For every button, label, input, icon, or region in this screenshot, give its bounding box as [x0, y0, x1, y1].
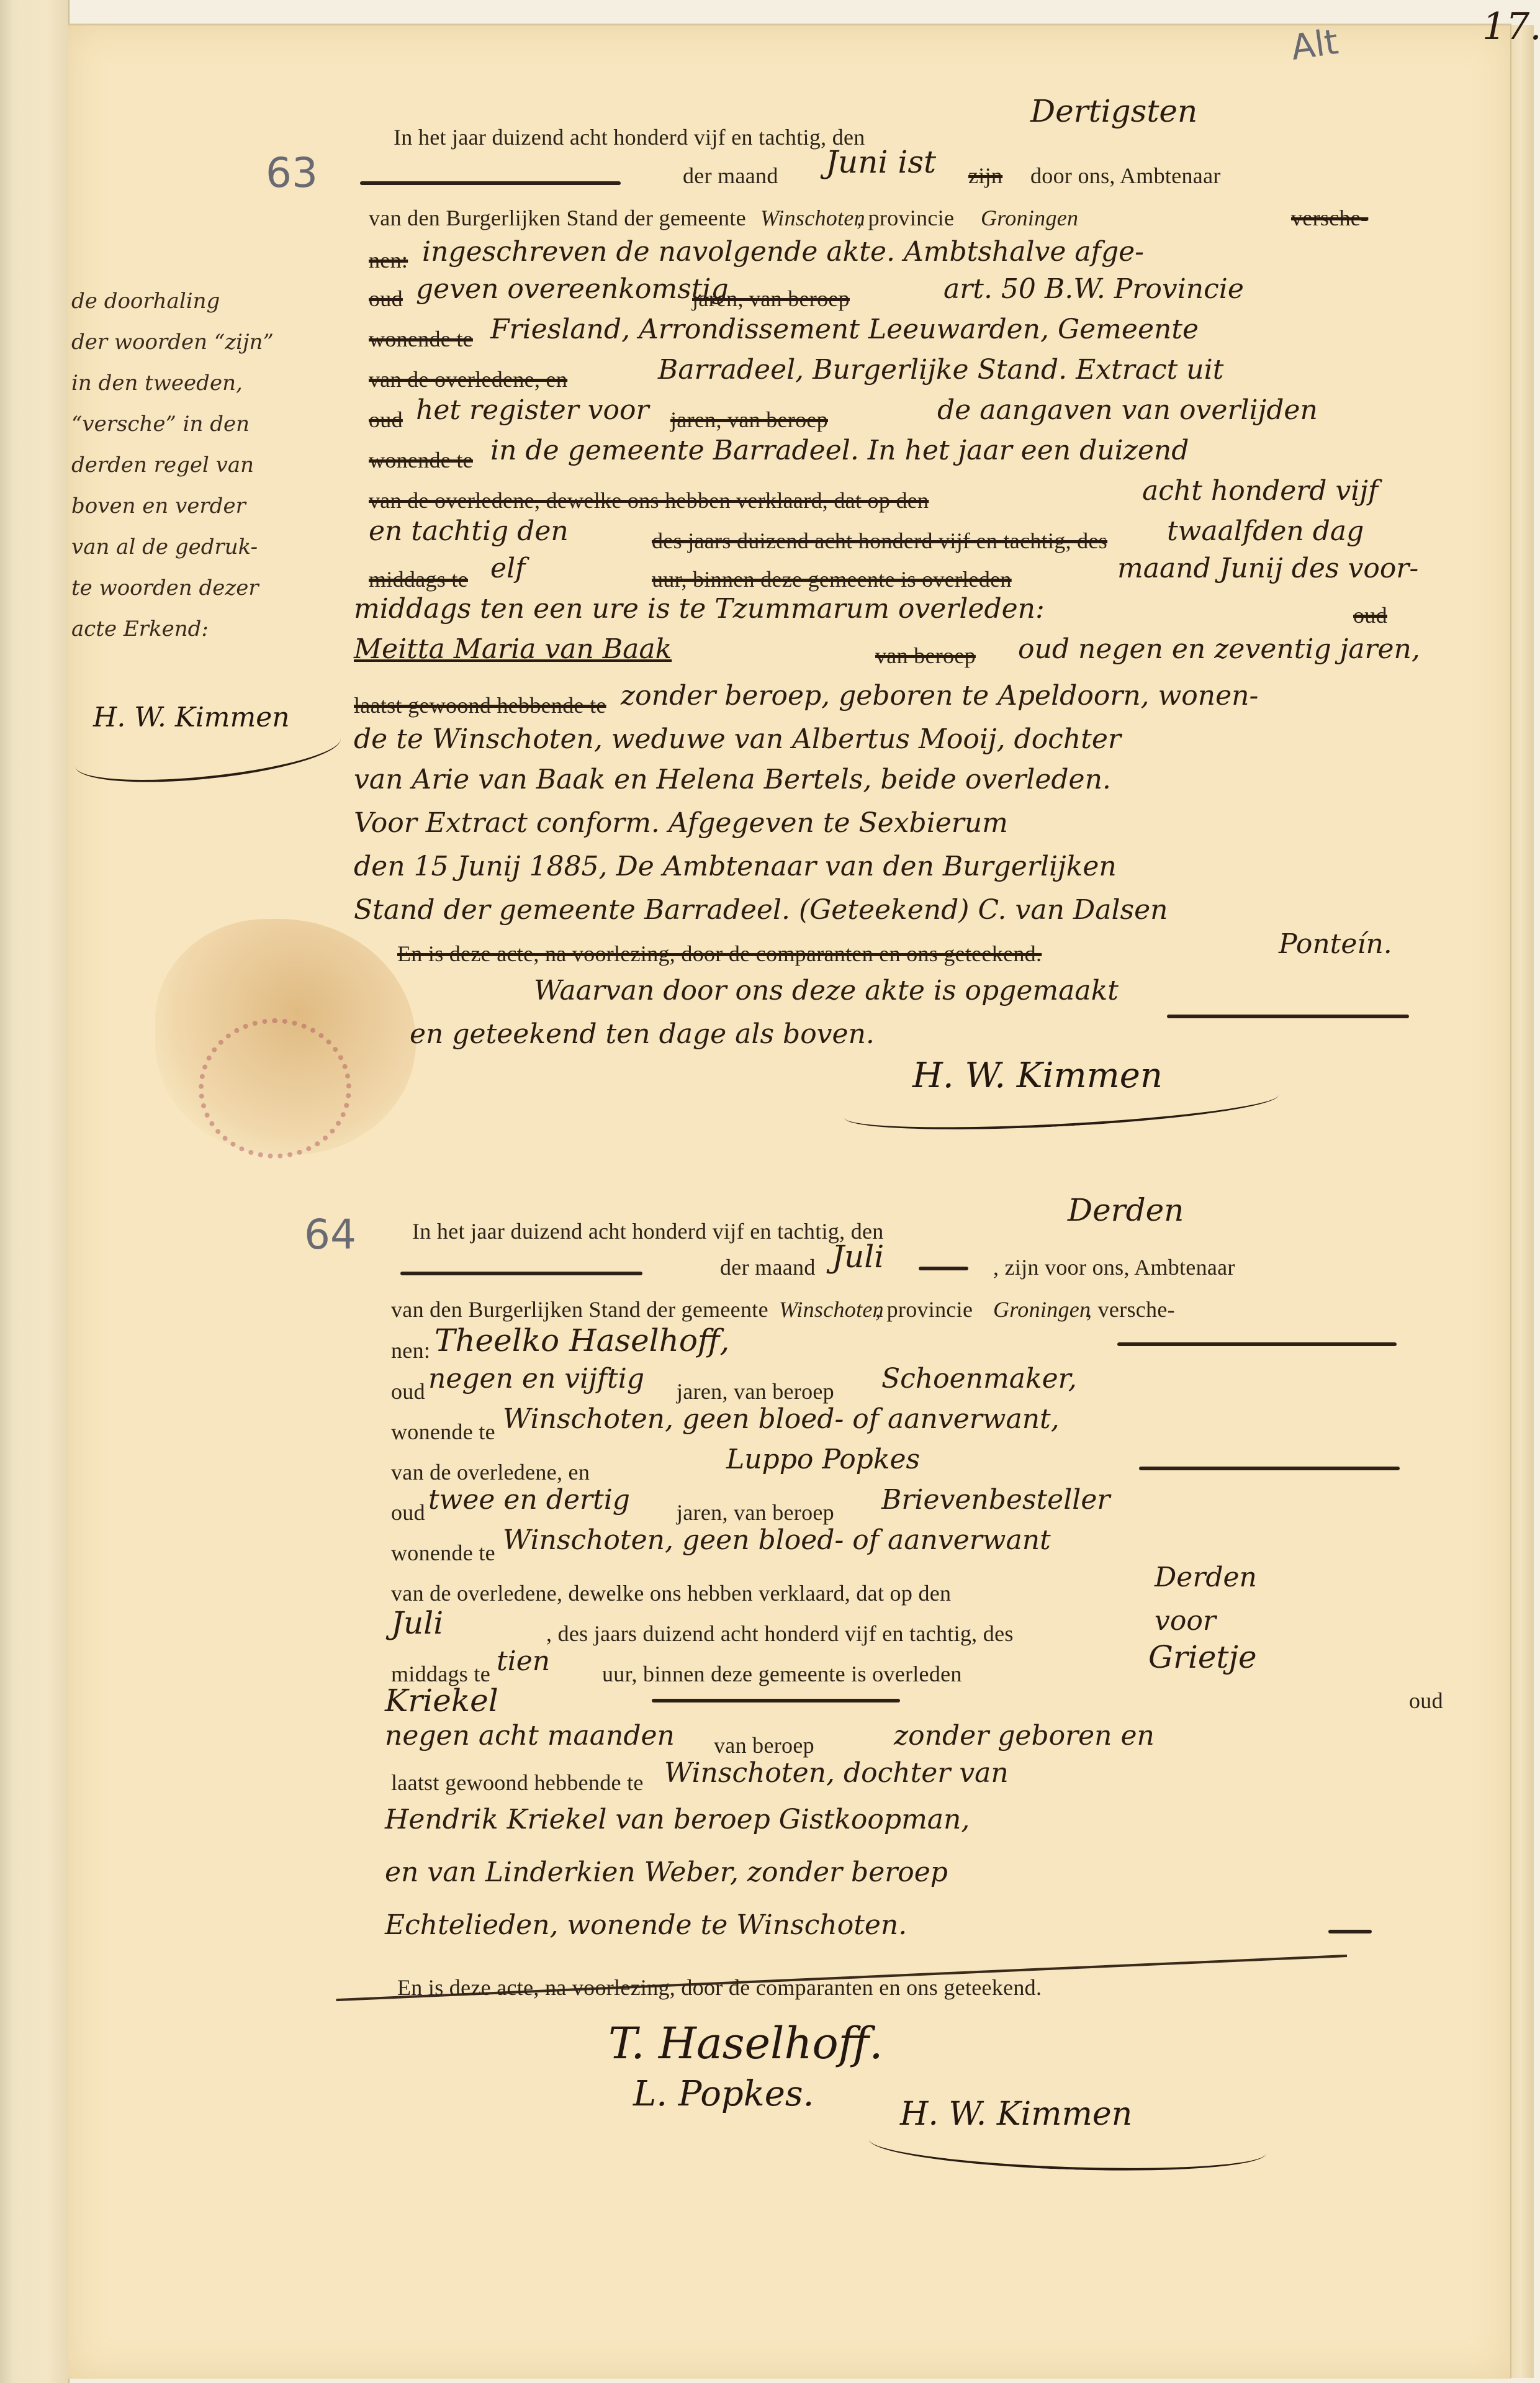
declarant-2-occupation: Brievenbesteller [881, 1484, 1110, 1516]
handwritten-text: Ponteín. [1279, 928, 1392, 960]
parents-residence: Echtelieden, wonende te Winschoten. [385, 1909, 907, 1941]
declarant-1-name: Theelko Haselhoff, [435, 1323, 729, 1359]
struck-text: van de overledene, en [369, 366, 567, 392]
printed-text: door ons, Ambtenaar [1030, 163, 1221, 189]
declarant-1-signature: T. Haselhoff. [608, 2018, 883, 2069]
deceased-age: negen acht maanden [385, 1720, 675, 1752]
handwritten-text: elf [490, 553, 525, 584]
struck-text: uur, binnen deze gemeente is overleden [652, 566, 1012, 592]
red-seal-stamp [199, 1018, 351, 1159]
handwritten-text: Waarvan door ons deze akte is opgemaakt [534, 975, 1119, 1006]
end-rule [1167, 1015, 1409, 1018]
handwritten-text: middags ten een ure is te Tzummarum over… [354, 593, 1045, 625]
handwritten-text: Barradeel, Burgerlijke Stand. Extract ui… [658, 354, 1223, 386]
declarant-2-signature: L. Popkes. [633, 2074, 814, 2114]
declarant-1-age: negen en vijftig [428, 1363, 644, 1395]
handwritten-text: acht honderd vijf [1142, 475, 1378, 507]
handwritten-text: ingeschreven de navolgende akte. Ambtsha… [422, 236, 1144, 268]
blank-rule [1117, 1342, 1397, 1346]
handwritten-text: zonder geboren en [894, 1720, 1155, 1752]
handwritten-text: voor [1155, 1605, 1216, 1637]
blank-rule [1139, 1467, 1400, 1470]
printed-text: wonende te [391, 1540, 495, 1566]
printed-text: van de overledene, dewelke ons hebben ve… [391, 1580, 951, 1606]
book-binding [0, 0, 70, 2383]
place-name: Winschoten [760, 205, 865, 231]
margin-note: de doorhaling der woorden “zijn” in den … [71, 281, 274, 649]
struck-text: jaren, van beroep [670, 407, 828, 433]
handwritten-text: van Arie van Baak en Helena Bertels, bei… [354, 764, 1111, 795]
father-info: Hendrik Kriekel van beroep Gistkoopman, [385, 1804, 970, 1835]
handwritten-text: en geteekend ten dage als boven. [410, 1018, 875, 1050]
struck-text: wonende te [369, 326, 473, 352]
page-edge [1510, 25, 1534, 2378]
printed-text: wonende te [391, 1419, 495, 1445]
handwritten-text: twaalfden dag [1167, 515, 1364, 547]
deceased-surname: Kriekel [385, 1683, 498, 1719]
declarant-2-age: twee en dertig [428, 1484, 630, 1516]
handwritten-text: Winschoten, dochter van [664, 1757, 1009, 1789]
struck-text: middags te [369, 566, 468, 592]
printed-text: van de overledene, en [391, 1459, 590, 1485]
blank-rule [400, 1272, 642, 1275]
act-number: 64 [304, 1211, 356, 1259]
handwritten-day: Derden [1068, 1192, 1184, 1228]
declarant-1-residence: Winschoten, geen bloed- of aanverwant, [503, 1403, 1060, 1435]
deceased-first-name: Grietje [1148, 1639, 1257, 1675]
printed-text: , zijn voor ons, Ambtenaar [993, 1254, 1235, 1280]
handwritten-text: maand Junij des voor- [1117, 553, 1418, 584]
handwritten-text: oud negen en zeventig jaren, [1018, 633, 1420, 665]
struck-text: versche- [1291, 205, 1368, 231]
struck-text: oud [1353, 602, 1387, 628]
struck-text: van de overledene, dewelke ons hebben ve… [369, 487, 929, 513]
province-name: Groningen [981, 205, 1078, 231]
deceased-name: Meitta Maria van Baak [354, 633, 672, 665]
printed-text: der maand [720, 1254, 816, 1280]
printed-text: oud [1409, 1688, 1443, 1714]
handwritten-month: Juli [832, 1239, 884, 1275]
handwritten-day: Dertigsten [1030, 93, 1197, 129]
printed-text: uur, binnen deze gemeente is overleden [602, 1661, 962, 1687]
folio-number: 17. [1482, 5, 1540, 48]
printed-text: van den Burgerlijken Stand der gemeente [391, 1296, 768, 1323]
printed-text: van den Burgerlijken Stand der gemeente [369, 205, 746, 231]
handwritten-text: art. 50 B.W. Provincie [943, 273, 1244, 305]
handwritten-text: de aangaven van overlijden [937, 394, 1318, 426]
place-name: Winschoten [779, 1296, 884, 1323]
printed-text: laatst gewoond hebbende te [391, 1770, 644, 1796]
handwritten-text: zonder beroep, geboren te Apeldoorn, won… [621, 680, 1258, 712]
act-number: 63 [266, 149, 318, 197]
pencil-mark: Alt [1289, 22, 1341, 68]
struck-closing-text: En is deze acte, na voorlezing, door de … [397, 941, 1042, 967]
printed-text: , provincie [857, 205, 954, 231]
handwritten-hour: tien [497, 1645, 550, 1677]
blank-rule [360, 181, 621, 185]
struck-text: oud [369, 286, 403, 312]
province-name: Groningen [993, 1296, 1091, 1323]
printed-text: nen: [391, 1337, 430, 1363]
handwritten-text: en tachtig den [369, 515, 569, 547]
struck-text: oud [369, 407, 403, 433]
printed-text: jaren, van beroep [677, 1499, 834, 1526]
declarant-1-occupation: Schoenmaker, [881, 1363, 1077, 1395]
declarant-2-name: Luppo Popkes [726, 1444, 920, 1475]
printed-text: oud [391, 1499, 425, 1526]
struck-text: wonende te [369, 447, 473, 473]
handwritten-text: den 15 Junij 1885, De Ambtenaar van den … [354, 851, 1117, 882]
closing-statement: En is deze acte, na voorlezing, door de … [397, 1974, 1042, 2001]
handwritten-month: Juli [391, 1605, 443, 1641]
handwritten-text: Stand der gemeente Barradeel. (Geteekend… [354, 894, 1168, 926]
handwritten-text: in de gemeente Barradeel. In het jaar ee… [490, 435, 1189, 466]
handwritten-day: Derden [1155, 1562, 1257, 1593]
handwritten-month: Juni ist [826, 144, 936, 180]
printed-text: In het jaar duizend acht honderd vijf en… [394, 124, 865, 150]
struck-text: laatst gewoond hebbende te [354, 692, 606, 718]
declarant-2-residence: Winschoten, geen bloed- of aanverwant [503, 1524, 1051, 1556]
handwritten-text: geven overeenkomstig [416, 273, 729, 305]
handwritten-text: het register voor [416, 394, 649, 426]
handwritten-text: de te Winschoten, weduwe van Albertus Mo… [354, 723, 1121, 755]
struck-text: jaren, van beroep [692, 286, 850, 312]
printed-text: oud [391, 1378, 425, 1404]
printed-text: jaren, van beroep [677, 1378, 834, 1404]
printed-text: , des jaars duizend acht honderd vijf en… [546, 1621, 1014, 1647]
mother-info: en van Linderkien Weber, zonder beroep [385, 1856, 948, 1888]
printed-text: In het jaar duizend acht honderd vijf en… [412, 1218, 884, 1244]
handwritten-text: Friesland, Arrondissement Leeuwarden, Ge… [490, 314, 1199, 345]
struck-text: zijn [968, 163, 1002, 189]
printed-text: , provincie [875, 1296, 973, 1323]
blank-rule [652, 1699, 900, 1702]
printed-text: van beroep [714, 1732, 814, 1758]
struck-text: nen: [369, 247, 408, 273]
handwritten-text: Voor Extract conform. Afgegeven te Sexbi… [354, 807, 1008, 839]
printed-text: , versche- [1086, 1296, 1175, 1323]
printed-text: der maand [683, 163, 778, 189]
blank-rule [919, 1267, 968, 1270]
end-rule [1328, 1930, 1372, 1933]
struck-text: van beroep [875, 643, 976, 669]
struck-text: des jaars duizend acht honderd vijf en t… [652, 528, 1107, 554]
